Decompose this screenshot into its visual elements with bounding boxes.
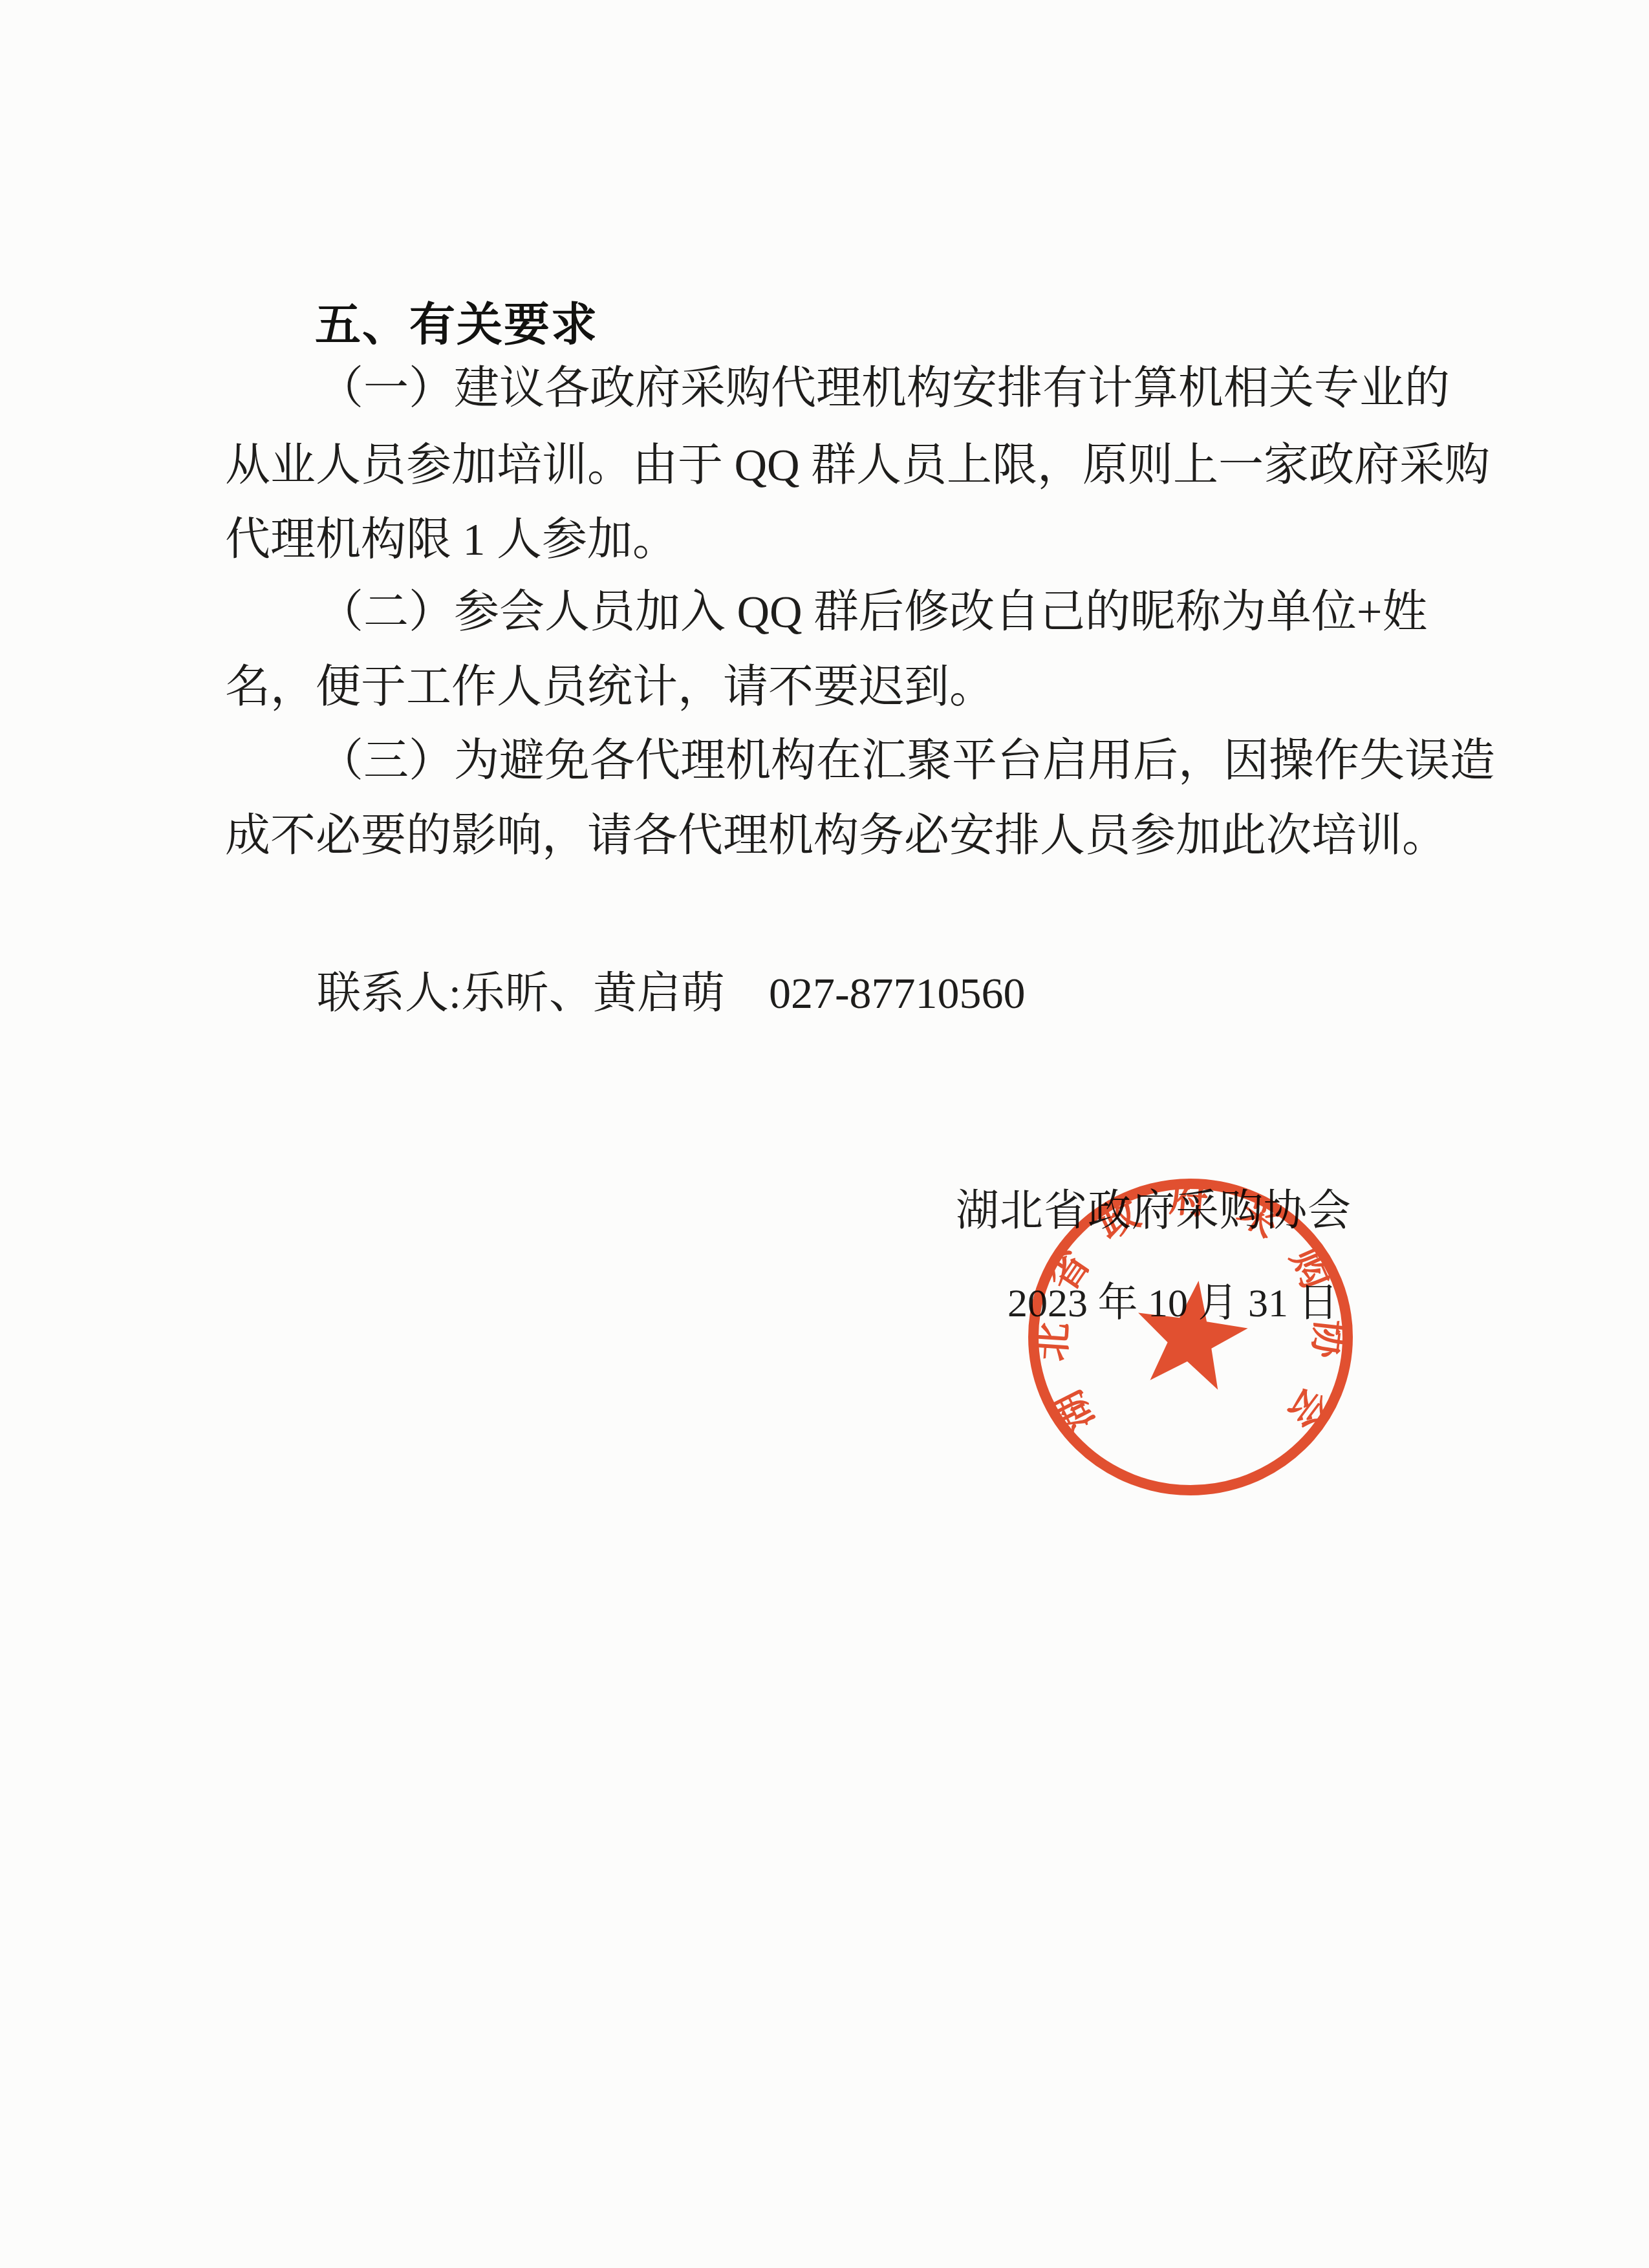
- contact-line: 联系人:乐昕、黄启萌 027-87710560: [317, 971, 1026, 1015]
- body-line: （三）为避免各代理机构在汇聚平台启用后，因操作失误造: [318, 739, 1495, 784]
- body-line: 成不必要的影响，请各代理机构务必安排人员参加此次培训。: [225, 814, 1447, 859]
- body-line: （二）参会人员加入 QQ 群后修改自己的昵称为单位+姓: [318, 590, 1428, 636]
- body-line: 名，便于工作人员统计，请不要迟到。: [225, 665, 995, 711]
- section-heading: 五、有关要求: [315, 302, 598, 348]
- body-line: 从业人员参加培训。由于 QQ 群人员上限，原则上一家政府采购: [225, 444, 1490, 489]
- official-seal: 湖北省政府采购协会: [1022, 1175, 1359, 1499]
- seal-star-icon: [1129, 1273, 1253, 1393]
- body-line: （一）建议各政府采购代理机构安排有计算机相关专业的: [318, 367, 1450, 412]
- document-page: 五、有关要求 （一）建议各政府采购代理机构安排有计算机相关专业的 从业人员参加培…: [0, 0, 1649, 2268]
- body-line: 代理机构限 1 人参加。: [225, 518, 678, 563]
